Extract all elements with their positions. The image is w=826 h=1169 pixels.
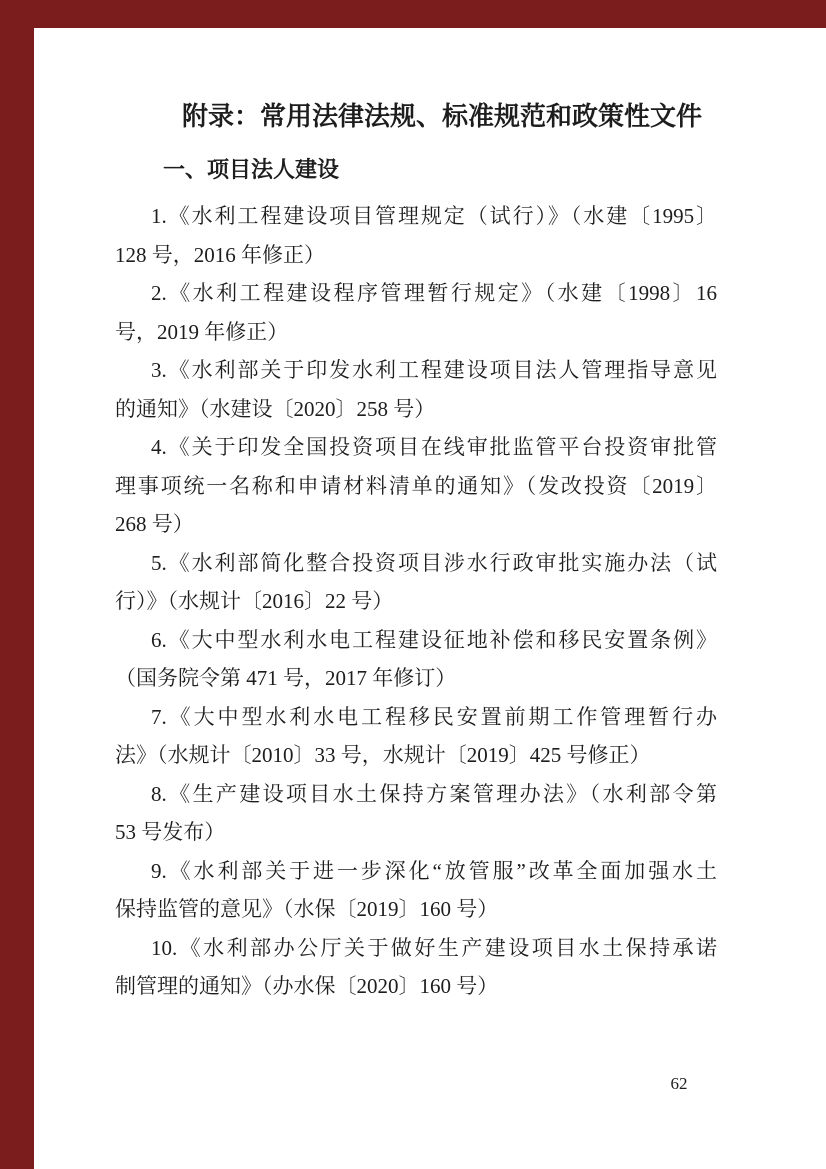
list-item-line: 128 号，2016 年修正）: [115, 236, 717, 275]
list-item-line: 4.《关于印发全国投资项目在线审批监管平台投资审批管: [115, 428, 717, 467]
list-item-line: 268 号）: [115, 505, 717, 544]
list-item-line: 理事项统一名称和申请材料清单的通知》（发改投资〔2019〕: [115, 467, 717, 506]
list-item-line: （国务院令第 471 号，2017 年修订）: [115, 659, 717, 698]
list-item-line: 6.《大中型水利水电工程建设征地补偿和移民安置条例》: [115, 621, 717, 660]
list-item: 3.《水利部关于印发水利工程建设项目法人管理指导意见的通知》（水建设〔2020〕…: [115, 351, 717, 428]
document-page: 附录：常用法律法规、标准规范和政策性文件 一、项目法人建设 1.《水利工程建设项…: [0, 0, 826, 1169]
list-item: 9.《水利部关于进一步深化“放管服”改革全面加强水土保持监管的意见》（水保〔20…: [115, 852, 717, 929]
list-item-line: 10.《水利部办公厅关于做好生产建设项目水土保持承诺: [115, 929, 717, 968]
list-item: 8.《生产建设项目水土保持方案管理办法》（水利部令第53 号发布）: [115, 775, 717, 852]
list-item-line: 行）》（水规计〔2016〕22 号）: [115, 582, 717, 621]
list-item: 4.《关于印发全国投资项目在线审批监管平台投资审批管理事项统一名称和申请材料清单…: [115, 428, 717, 544]
page-number: 62: [654, 1072, 704, 1096]
list-item-line: 法》（水规计〔2010〕33 号，水规计〔2019〕425 号修正）: [115, 736, 717, 775]
page-title: 附录：常用法律法规、标准规范和政策性文件: [115, 97, 713, 137]
list-item-line: 1.《水利工程建设项目管理规定（试行）》（水建〔1995〕: [115, 197, 717, 236]
list-item-line: 3.《水利部关于印发水利工程建设项目法人管理指导意见: [115, 351, 717, 390]
scan-edge-top: [0, 0, 826, 28]
list-item-line: 2.《水利工程建设程序管理暂行规定》（水建〔1998〕16: [115, 274, 717, 313]
list-item-line: 5.《水利部简化整合投资项目涉水行政审批实施办法（试: [115, 544, 717, 583]
list-item: 5.《水利部简化整合投资项目涉水行政审批实施办法（试行）》（水规计〔2016〕2…: [115, 544, 717, 621]
list-item: 10.《水利部办公厅关于做好生产建设项目水土保持承诺制管理的通知》（办水保〔20…: [115, 929, 717, 1006]
list-item: 1.《水利工程建设项目管理规定（试行）》（水建〔1995〕128 号，2016 …: [115, 197, 717, 274]
scan-edge-left: [0, 0, 34, 1169]
list-item-line: 的通知》（水建设〔2020〕258 号）: [115, 390, 717, 429]
list-item-line: 制管理的通知》（办水保〔2020〕160 号）: [115, 967, 717, 1006]
list-item-line: 53 号发布）: [115, 813, 717, 852]
list-item-line: 8.《生产建设项目水土保持方案管理办法》（水利部令第: [115, 775, 717, 814]
list-item-line: 7.《大中型水利水电工程移民安置前期工作管理暂行办: [115, 698, 717, 737]
list-item-line: 9.《水利部关于进一步深化“放管服”改革全面加强水土: [115, 852, 717, 891]
legal-reference-list: 1.《水利工程建设项目管理规定（试行）》（水建〔1995〕128 号，2016 …: [115, 197, 717, 1006]
list-item: 2.《水利工程建设程序管理暂行规定》（水建〔1998〕16号，2019 年修正）: [115, 274, 717, 351]
list-item: 6.《大中型水利水电工程建设征地补偿和移民安置条例》（国务院令第 471 号，2…: [115, 621, 717, 698]
list-item-line: 保持监管的意见》（水保〔2019〕160 号）: [115, 890, 717, 929]
list-item: 7.《大中型水利水电工程移民安置前期工作管理暂行办法》（水规计〔2010〕33 …: [115, 698, 717, 775]
list-item-line: 号，2019 年修正）: [115, 313, 717, 352]
section-heading: 一、项目法人建设: [115, 155, 713, 185]
